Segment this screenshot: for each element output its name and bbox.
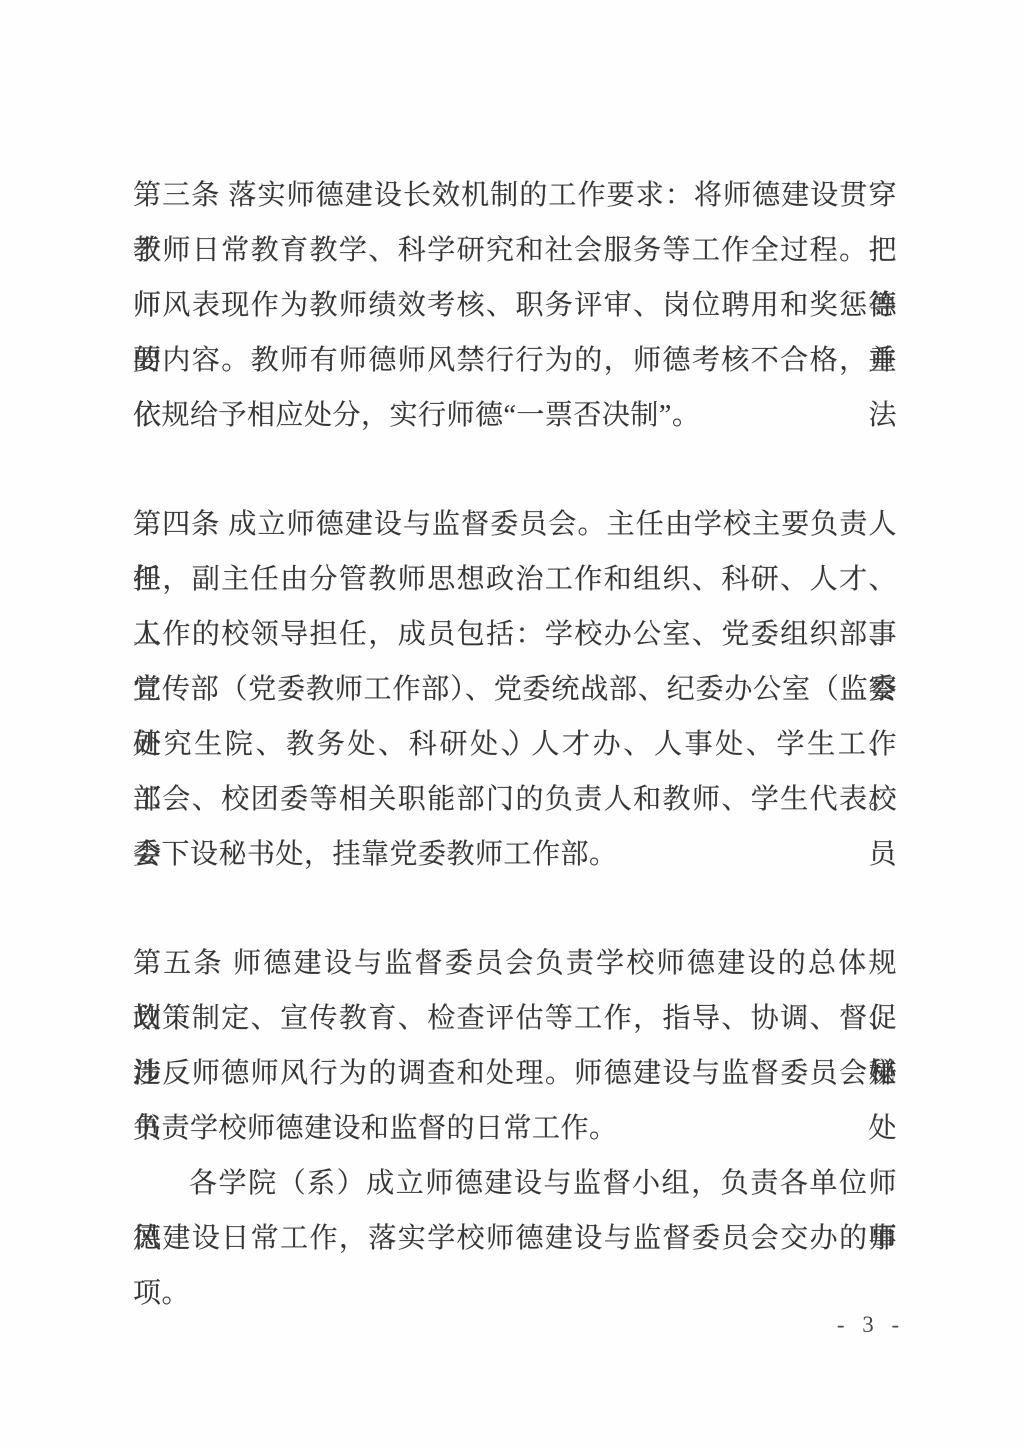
paragraph-article-4: 第四条 成立师德建设与监督委员会。主任由学校主要负责人担 任，副主任由分管教师思… <box>133 497 897 882</box>
text-line: 第四条 成立师德建设与监督委员会。主任由学校主要负责人担 <box>133 497 897 552</box>
text-line: 宣传部（党委教师工作部）、党委统战部、纪委办公室（监察处）、 <box>133 662 897 717</box>
paragraph-article-5-sub: 各学院（系）成立师德建设与监督小组，负责各单位师德师 风建设日常工作，落实学校师… <box>133 1156 897 1266</box>
text-line: 各学院（系）成立师德建设与监督小组，负责各单位师德师 <box>133 1156 897 1211</box>
document-page: 第三条 落实师德建设长效机制的工作要求：将师德建设贯穿于 教师日常教育教学、科学… <box>0 0 1024 1448</box>
document-body: 第三条 落实师德建设长效机制的工作要求：将师德建设贯穿于 教师日常教育教学、科学… <box>133 168 897 1266</box>
text-line: 风建设日常工作，落实学校师德建设与监督委员会交办的事项。 <box>133 1211 897 1266</box>
text-line: 第五条 师德建设与监督委员会负责学校师德建设的总体规划、 <box>133 936 897 991</box>
text-line: 工会、校团委等相关职能部门的负责人和教师、学生代表。委员 <box>133 772 897 827</box>
text-line: 违反师德师风行为的调查和处理。师德建设与监督委员会秘书处 <box>133 1046 897 1101</box>
text-line: 研究生院、教务处、科研处、人才办、人事处、学生工作部、校 <box>133 717 897 772</box>
page-number: - 3 - <box>826 1312 916 1338</box>
paragraph-article-3: 第三条 落实师德建设长效机制的工作要求：将师德建设贯穿于 教师日常教育教学、科学… <box>133 168 897 443</box>
text-line: 工作的校领导担任，成员包括：学校办公室、党委组织部、党委 <box>133 607 897 662</box>
text-line: 教师日常教育教学、科学研究和社会服务等工作全过程。把师德 <box>133 223 897 278</box>
text-line: 师风表现作为教师绩效考核、职务评审、岗位聘用和奖惩等的重 <box>133 278 897 333</box>
paragraph-article-5: 第五条 师德建设与监督委员会负责学校师德建设的总体规划、 政策制定、宣传教育、检… <box>133 936 897 1156</box>
text-line: 第三条 落实师德建设长效机制的工作要求：将师德建设贯穿于 <box>133 168 897 223</box>
text-line: 任，副主任由分管教师思想政治工作和组织、科研、人才、人事 <box>133 552 897 607</box>
text-line: 政策制定、宣传教育、检查评估等工作，指导、协调、督促涉嫌 <box>133 991 897 1046</box>
text-line: 要内容。教师有师德师风禁行行为的，师德考核不合格，并依法 <box>133 333 897 388</box>
